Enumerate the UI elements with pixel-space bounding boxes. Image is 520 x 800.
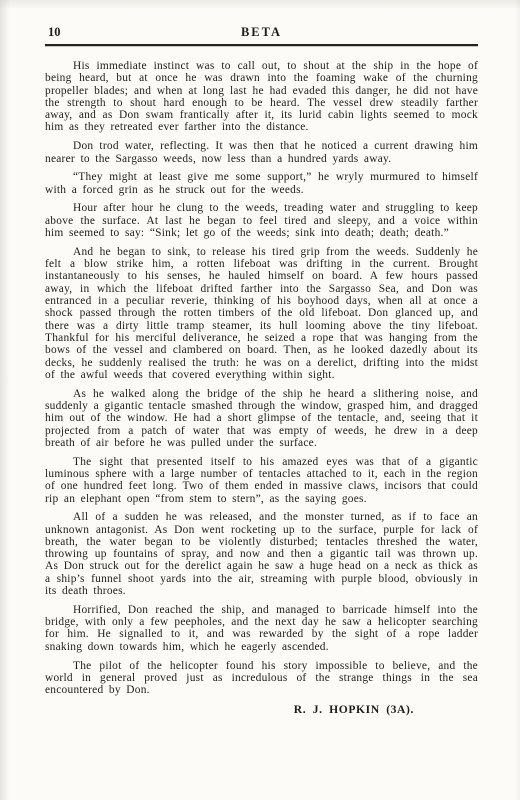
story-paragraph-10: The pilot of the helicopter found his st…	[45, 660, 478, 697]
story-paragraph-7: The sight that presented itself to his a…	[45, 456, 478, 505]
story-paragraph-6: As he walked along the bridge of the shi…	[45, 388, 478, 449]
page-title: BETA	[45, 24, 478, 40]
story-paragraph-5: And he began to sink, to release his tir…	[45, 246, 478, 381]
story-paragraph-9: Horrified, Don reached the ship, and man…	[45, 604, 478, 653]
story-paragraph-2: Don trod water, reflecting. It was then …	[45, 140, 478, 165]
story-paragraph-8: All of a sudden he was released, and the…	[45, 511, 478, 597]
story-text: His immediate instinct was to call out, …	[45, 60, 478, 696]
header-rule	[45, 44, 478, 47]
story-paragraph-1: His immediate instinct was to call out, …	[45, 60, 478, 134]
story-paragraph-4: Hour after hour he clung to the weeds, t…	[45, 202, 478, 239]
author-signature: R. J. HOPKIN (3A).	[45, 703, 478, 716]
story-paragraph-3: “They might at least give me some suppor…	[45, 171, 478, 196]
page-header: 10 BETA	[45, 24, 478, 40]
book-page: 10 BETA His immediate instinct was to ca…	[0, 0, 520, 800]
